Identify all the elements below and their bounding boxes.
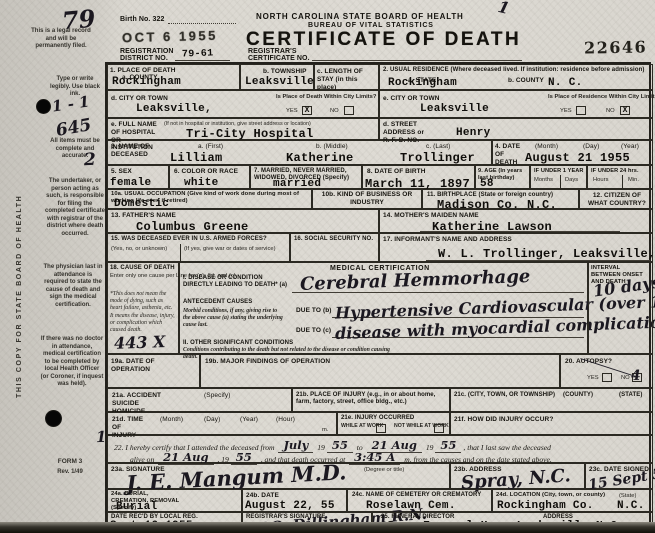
street-address-value: Henry xyxy=(456,128,491,139)
citizen-label: 12. CITIZEN OF WHAT COUNTRY? xyxy=(584,192,650,208)
form-number: FORM 3 xyxy=(50,458,90,466)
how-injury-label: 21f. HOW DID INJURY OCCUR? xyxy=(454,416,553,424)
field-length-of-stay: c. LENGTH OF STAY (in this place) xyxy=(314,64,379,90)
place-of-injury-label: 21b. PLACE OF INJURY (e.g., in or about … xyxy=(296,392,446,406)
death-limits-yes-label: YES xyxy=(286,108,298,115)
field-birthplace: 11. BIRTHPLACE (State or foreign country… xyxy=(422,189,579,209)
not-while-at-work-checkbox xyxy=(434,424,444,433)
accident-specify-label: (Specify) xyxy=(204,392,231,400)
field-father-name: 13. FATHER'S NAME Columbus Greene xyxy=(107,209,379,233)
residence-limits-yes-checkbox xyxy=(576,106,586,115)
ssn-label: 16. SOCIAL SECURITY NO. xyxy=(294,236,373,243)
residence-limits-no-label: NO xyxy=(606,108,615,115)
field-date-of-death: 4. DATE OF DEATH (Month) (Day) (Year) Au… xyxy=(492,140,653,165)
min-label: Min. xyxy=(628,177,639,184)
form-revision: Rev. 1/49 xyxy=(50,469,90,477)
margin-no-doctor-note: If there was no doctor in attendance, me… xyxy=(40,336,104,389)
field-informant: 17. INFORMANT'S NAME AND ADDRESS W. L. T… xyxy=(379,233,653,262)
armed-divider xyxy=(180,244,181,262)
certify-seg2: , that I last saw the deceased xyxy=(463,443,551,452)
certify-19a: 19 xyxy=(317,443,325,452)
date-of-death-value: August 21 1955 xyxy=(525,152,630,164)
under-1-divider xyxy=(560,175,561,189)
sex-value: female xyxy=(110,178,151,189)
dob-label: 8. DATE OF BIRTH xyxy=(367,168,426,176)
death-limits-yes-checkbox: X xyxy=(302,106,312,115)
father-value: Columbus Greene xyxy=(136,221,249,233)
location-state-value: N.C. xyxy=(617,501,645,512)
field-injury-occurred: 21e. INJURY OCCURRED WHILE AT WORK NOT W… xyxy=(337,412,450,435)
autopsy-yes-label: YES xyxy=(587,375,599,382)
race-label: 6. COLOR OR RACE xyxy=(174,168,238,176)
field-ssn: 16. SOCIAL SECURITY NO. xyxy=(290,233,379,262)
field-how-injury-occurred: 21f. HOW DID INJURY OCCUR? xyxy=(450,412,653,435)
field-interval-column: INTERVAL BETWEEN ONSET AND DEATH 10 days xyxy=(588,262,653,354)
margin-handwritten-2: 2 xyxy=(84,152,96,169)
antecedent-label: ANTECEDENT CAUSES xyxy=(183,299,252,306)
township-label: b. TOWNSHIP xyxy=(263,68,307,76)
county-value: Rockingham xyxy=(112,77,181,88)
injury-county-label: (COUNTY) xyxy=(563,392,593,399)
field-autopsy: 20. AUTOPSY? YES NO 4 xyxy=(560,354,653,388)
death-city-label-1: d. CITY OR TOWN xyxy=(111,95,168,103)
certify-year2-handwritten: 55 xyxy=(435,438,461,453)
field-business: 10b. KIND OF BUSINESS OR INDUSTRY xyxy=(312,189,422,209)
burial-date-value: August 22, 55 xyxy=(245,501,335,512)
field-place-of-injury: 21b. PLACE OF INJURY (e.g., in or about … xyxy=(292,388,450,412)
hours-label: Hours xyxy=(593,177,608,184)
residence-county-label: b. COUNTY xyxy=(508,77,544,85)
dod-day-label: (Day) xyxy=(583,143,599,151)
field-occupation: 10a. USUAL OCCUPATION (Give kind of work… xyxy=(107,189,312,209)
location-label: 24d. LOCATION (City, town, or county) xyxy=(496,492,605,499)
cause-asterisk-note: *This does not mean the mode of dying, s… xyxy=(110,291,176,334)
field-burial-date: 24b. DATE August 22, 55 xyxy=(242,489,347,512)
injury-month-label: (Month) xyxy=(160,416,183,424)
margin-handwritten-645: 645 xyxy=(55,117,93,140)
under-24-label: IF UNDER 24 hrs. xyxy=(591,168,639,175)
field-marital-status: 7. MARRIED, NEVER MARRIED, WIDOWED, DIVO… xyxy=(250,165,362,189)
injury-city-label: 21c. (CITY, TOWN, OR TOWNSHIP) xyxy=(454,392,555,399)
field-hospital: e. FULL NAME OF HOSPITAL OR INSTITUTION … xyxy=(107,118,379,140)
sex-label: 5. SEX xyxy=(111,168,132,176)
days-label: Days xyxy=(565,177,578,184)
injury-occurred-label: 21e. INJURY OCCURRED xyxy=(341,415,414,422)
under-24-divider xyxy=(622,175,623,189)
first-name-label: a. (First) xyxy=(198,143,223,151)
hospital-value: Tri-City Hospital xyxy=(186,128,314,140)
margin-physician-note: The physician last in attendance is requ… xyxy=(42,264,104,309)
under-1-year-label: IF UNDER 1 YEAR xyxy=(534,168,584,175)
dod-month-label: (Month) xyxy=(535,143,558,151)
page-title: CERTIFICATE OF DEATH xyxy=(246,30,521,49)
while-at-work-checkbox xyxy=(376,424,386,433)
field-injury-location: 21c. (CITY, TOWN, OR TOWNSHIP) (COUNTY) … xyxy=(450,388,653,412)
field-name-of-deceased: 3. NAME OF DECEASED a. (First) Lilliam b… xyxy=(107,140,492,165)
death-certificate-scan: 79 This is a legal record and will be pe… xyxy=(0,0,655,533)
autopsy-yes-checkbox xyxy=(602,373,612,382)
certify-19b: 19 xyxy=(426,443,434,452)
cause-code-handwritten: 443 X xyxy=(114,334,166,352)
medical-certification-section: MEDICAL CERTIFICATION I. DISEASE OR COND… xyxy=(179,262,588,354)
field-sex: 5. SEX female xyxy=(107,165,169,189)
armed-forces-note2: (If yes, give war or dates of service) xyxy=(184,246,284,253)
injury-day-label: (Day) xyxy=(204,416,220,424)
dod-year-label: (Year) xyxy=(621,143,639,151)
autopsy-no-label: NO xyxy=(621,375,630,382)
usual-residence-label: 2. USUAL RESIDENCE (Where deceased lived… xyxy=(383,67,644,74)
injury-year-label: (Year) xyxy=(240,416,258,424)
injury-hour-label: (Hour) xyxy=(276,416,295,424)
date-of-death-label: 4. DATE OF DEATH xyxy=(495,143,521,166)
death-limits-no-label: NO xyxy=(330,108,339,115)
birth-no-leader xyxy=(168,23,236,24)
last-name-label: c. (Last) xyxy=(426,143,450,151)
margin-legal-note: This is a legal record and will be perma… xyxy=(28,28,94,51)
certificate-form: 1. PLACE OF DEATH a. COUNTY Rockingham b… xyxy=(105,62,651,531)
due-to-c-label: DUE TO (c) xyxy=(296,327,331,335)
degree-title-label: (Degree or title) xyxy=(364,467,404,474)
date-received-stamp: OCT 6 1955 xyxy=(122,29,218,45)
header-stray-mark: 1 xyxy=(496,0,511,17)
residence-state-value: Rockingham xyxy=(388,78,457,89)
field-date-of-operation: 19a. DATE OF OPERATION xyxy=(107,354,200,388)
margin-undertaker-note: The undertaker, or person acting as such… xyxy=(44,178,106,238)
location-value: Rockingham Co. xyxy=(497,501,594,512)
length-of-stay-label: c. LENGTH OF STAY (in this place) xyxy=(317,68,377,91)
org-name: NORTH CAROLINA STATE BOARD OF HEALTH xyxy=(256,13,464,21)
burial-date-label: 24b. DATE xyxy=(246,492,279,500)
hole-punch-bottom xyxy=(45,410,62,427)
field-place-of-death-county: 1. PLACE OF DEATH a. COUNTY Rockingham xyxy=(107,64,240,90)
birth-no-label: Birth No. 322 xyxy=(120,16,164,24)
field-residence-city: e. CITY OR TOWN Leaksville Is Place of R… xyxy=(379,90,653,118)
antecedent-note: Morbid conditions, if any, giving rise t… xyxy=(183,308,283,330)
field-color-or-race: 6. COLOR OR RACE white xyxy=(169,165,250,189)
township-value: Leaksville xyxy=(245,77,314,88)
field-armed-forces: 15. WAS DECEASED EVER IN U.S. ARMED FORC… xyxy=(107,233,290,262)
injury-state-label: (STATE) xyxy=(619,392,642,399)
residence-county-value: N. C. xyxy=(548,78,583,89)
certify-from-handwritten: July xyxy=(278,438,313,453)
margin-vertical-text: THIS COPY FOR STATE BOARD OF HEALTH xyxy=(16,148,23,398)
location-state-label: (State) xyxy=(619,493,636,500)
cause-note: Enter only one cause per Line for (a), (… xyxy=(110,273,176,280)
injury-m-suffix: m. xyxy=(322,427,328,434)
cemetery-label: 24c. NAME OF CEMETERY OR CREMATORY xyxy=(352,492,481,499)
last-name-value: Trollinger xyxy=(400,152,475,164)
field-cause-of-death-column: 18. CAUSE OF DEATH Enter only one cause … xyxy=(107,262,179,354)
death-city-value: Leaksville, xyxy=(136,104,212,115)
org-bureau: BUREAU OF VITAL STATISTICS xyxy=(308,22,434,29)
middle-name-value: Katherine xyxy=(286,152,354,164)
months-label: Months xyxy=(534,177,553,184)
residence-city-label: e. CITY OR TOWN xyxy=(383,95,440,103)
residence-limits-question: Is Place of Residence Within City Limits… xyxy=(548,94,644,101)
death-city-limits-question: Is Place of Death Within City Limits? xyxy=(276,94,368,101)
disease-label-2: DIRECTLY LEADING TO DEATH* (a) xyxy=(183,282,287,289)
field-date-signed: 23c. DATE SIGNED 15 Sept 55 xyxy=(585,463,653,489)
field-date-of-birth: 8. DATE OF BIRTH March 11, 1897 xyxy=(362,165,475,189)
field-physician-signature: 23a. SIGNATURE (Degree or title) J. E. M… xyxy=(107,463,450,489)
field-burial-location: 24d. LOCATION (City, town, or county) Ro… xyxy=(492,489,653,512)
field-physician-address: 23b. ADDRESS Spray, N.C. xyxy=(450,463,585,489)
operation-findings-label: 19b. MAJOR FINDINGS OF OPERATION xyxy=(205,358,330,366)
field-if-under-1-year: IF UNDER 1 YEAR Months Days xyxy=(530,165,587,189)
residence-limits-yes-label: YES xyxy=(560,108,572,115)
first-name-value: Lilliam xyxy=(170,152,223,164)
field-burial-type: 24a. BURIAL, CREMATION, REMOVAL (Specify… xyxy=(107,489,242,512)
field-accident-suicide-homicide: 21a. ACCIDENT SUICIDE HOMICIDE (Specify) xyxy=(107,388,292,412)
field-age: 9. AGE (In years last birthday) 58 xyxy=(475,165,530,189)
registrar-certificate-line xyxy=(312,60,522,61)
armed-forces-label: 15. WAS DECEASED EVER IN U.S. ARMED FORC… xyxy=(111,236,267,243)
hole-punch-top xyxy=(36,99,51,114)
registration-district-value: 79-61 xyxy=(182,49,214,60)
residence-limits-no-checkbox: X xyxy=(620,106,630,115)
operation-date-label: 19a. DATE OF OPERATION xyxy=(111,358,191,374)
field-if-under-24-hrs: IF UNDER 24 hrs. Hours Min. xyxy=(587,165,653,189)
not-while-at-work-label: NOT WHILE AT WORK xyxy=(394,423,430,429)
field-street-address: d. STREET ADDRESS or R. F. D. NO. Henry xyxy=(379,118,653,140)
certificate-number: 22646 xyxy=(584,39,647,56)
cause-of-death-label: 18. CAUSE OF DEATH xyxy=(110,265,175,272)
residence-city-value: Leaksville xyxy=(420,104,489,115)
field-mother-maiden-name: 14. MOTHER'S MAIDEN NAME Katherine Lawso… xyxy=(379,209,653,233)
registration-district-line xyxy=(175,60,230,61)
field-certify-statement: 22. I hereby certify that I attended the… xyxy=(107,435,653,463)
field-time-of-injury: 21d. TIME OF INJURY (Month) (Day) (Year)… xyxy=(107,412,337,435)
informant-label: 17. INFORMANT'S NAME AND ADDRESS xyxy=(383,236,512,244)
scan-bottom-edge xyxy=(0,522,655,533)
armed-forces-note1: (Yes, no, or unknown) xyxy=(111,246,177,253)
business-label: 10b. KIND OF BUSINESS OR INDUSTRY xyxy=(316,191,418,207)
father-label: 13. FATHER'S NAME xyxy=(111,212,176,220)
disease-value-handwritten: Cerebral Hemmorhage xyxy=(300,268,531,294)
name-label: 3. NAME OF DECEASED xyxy=(111,143,155,159)
informant-value: W. L. Trollinger, Leaksville, NC xyxy=(438,248,655,260)
mother-label: 14. MOTHER'S MAIDEN NAME xyxy=(383,212,479,220)
informant-underline xyxy=(426,260,650,261)
death-limits-no-checkbox xyxy=(344,106,354,115)
while-at-work-label: WHILE AT WORK xyxy=(341,423,375,429)
race-value: white xyxy=(184,178,219,189)
field-operation-findings: 19b. MAJOR FINDINGS OF OPERATION xyxy=(200,354,560,388)
mother-underline xyxy=(420,231,620,232)
due-to-b-label: DUE TO (b) xyxy=(296,307,332,315)
field-usual-residence: 2. USUAL RESIDENCE (Where deceased lived… xyxy=(379,64,653,90)
field-township: b. TOWNSHIP Leaksville xyxy=(240,64,314,90)
margin-handwritten-1-1: 1 - 1 xyxy=(51,94,90,114)
field-death-city: d. CITY OR TOWN Leaksville, Is Place of … xyxy=(107,90,379,118)
field-citizen: 12. CITIZEN OF WHAT COUNTRY? xyxy=(579,189,653,209)
middle-name-label: b. (Middle) xyxy=(316,143,348,151)
